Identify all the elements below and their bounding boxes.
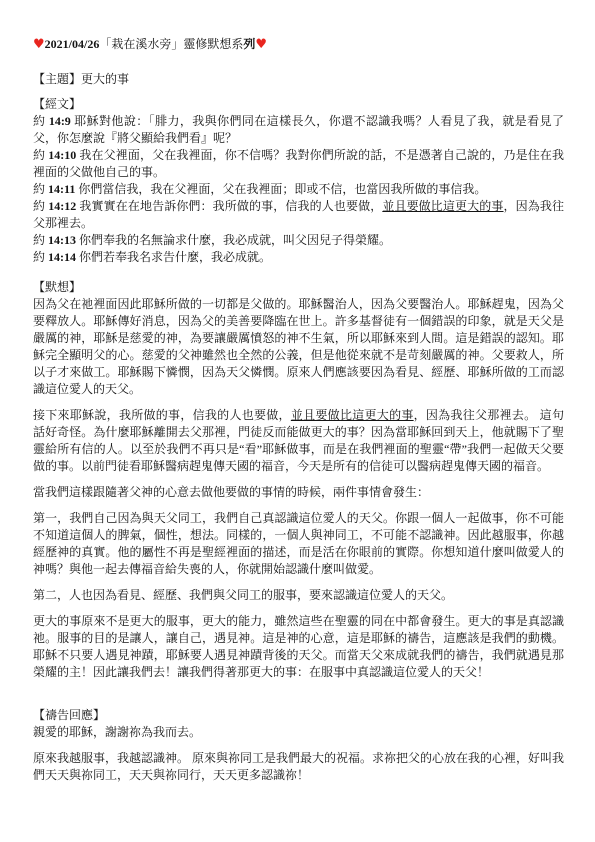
text-run: 當我們這樣跟隨著父神的心意去做他要做的事情的時候，兩件事情會發生： — [33, 485, 429, 499]
meditation-paragraph: 第一，我們自己因為與天父同工，我們自己真認識這位愛人的天父。你跟一個人一起做事，… — [33, 510, 564, 578]
scripture-verse: 約 14:11 你們當信我，我在父裡面，父在我裡面；即或不信，也當因我所做的事信… — [33, 181, 564, 198]
scripture-label: 【經文】 — [33, 96, 564, 113]
scripture-verses: 約 14:9 耶穌對他說：「腓力，我與你們同在這樣長久，你還不認識我嗎？人看見了… — [33, 113, 564, 266]
verse-ref: 14:12 — [48, 199, 76, 213]
meditation-paragraph: 更大的事原來不是更大的服事，更大的能力，雖然這些在聖靈的同在中都會發生。更大的事… — [33, 613, 564, 681]
verse-book: 約 — [33, 182, 48, 196]
topic-label: 【主題】 — [33, 72, 81, 86]
document-page: ♥2021/04/26「栽在溪水旁」靈修默想系列♥ 【主題】更大的事 【經文】 … — [0, 0, 595, 842]
meditation-paragraphs: 因為父在祂裡面因此耶穌所做的一切都是父做的。耶穌醫治人，因為父要醫治人。耶穌趕鬼… — [33, 296, 564, 681]
title-date: 2021/04/26 — [45, 37, 100, 51]
verse-book: 約 — [33, 233, 48, 247]
text-run: 更大的事原來不是更大的服事，更大的能力，雖然這些在聖靈的同在中都會發生。更大的事… — [33, 614, 564, 679]
verse-book: 約 — [33, 199, 48, 213]
prayer-section: 【禱告回應】 親愛的耶穌，謝謝祢為我而去。 原來我越服事，我越認識神。 原來與祢… — [33, 707, 564, 784]
prayer-paragraph: 原來我越服事，我越認識神。 原來與祢同工是我們最大的祝福。求祢把父的心放在我的心… — [33, 750, 564, 784]
meditation-paragraph: 當我們這樣跟隨著父神的心意去做他要做的事情的時候，兩件事情會發生： — [33, 484, 564, 501]
meditation-section: 【默想】 因為父在祂裡面因此耶穌所做的一切都是父做的。耶穌醫治人，因為父要醫治人… — [33, 279, 564, 681]
verse-ref: 14:9 — [49, 114, 71, 128]
topic-heading: 【主題】更大的事 — [33, 71, 564, 88]
document-title: ♥2021/04/26「栽在溪水旁」靈修默想系列♥ — [33, 36, 564, 53]
text-run: 第一，我們自己因為與天父同工，我們自己真認識這位愛人的天父。你跟一個人一起做事，… — [33, 511, 564, 576]
meditation-label: 【默想】 — [33, 279, 564, 296]
verse-book: 約 — [33, 148, 48, 162]
verse-book: 約 — [33, 250, 48, 264]
text-run: 耶穌對他說：「腓力，我與你們同在這樣長久，你還不認識我嗎？人看見了我，就是看見了… — [33, 114, 564, 145]
text-run: 你們奉我的名無論求什麼，我必成就，叫父因兒子得榮耀。 — [79, 233, 391, 247]
text-run: 接下來耶穌說，我所做的事，信我的人也要做， — [33, 408, 291, 422]
title-series-suffix: 列 — [243, 37, 255, 51]
verse-ref: 14:14 — [48, 250, 76, 264]
text-run: 你們當信我，我在父裡面，父在我裡面；即或不信，也當因我所做的事信我。 — [78, 182, 486, 196]
scripture-verse: 約 14:13 你們奉我的名無論求什麼，我必成就，叫父因兒子得榮耀。 — [33, 232, 564, 249]
verse-ref: 14:13 — [48, 233, 76, 247]
heart-icon: ♥ — [255, 37, 267, 52]
scripture-verse: 約 14:9 耶穌對他說：「腓力，我與你們同在這樣長久，你還不認識我嗎？人看見了… — [33, 113, 564, 147]
scripture-section: 【經文】 約 14:9 耶穌對他說：「腓力，我與你們同在這樣長久，你還不認識我嗎… — [33, 96, 564, 266]
heart-icon: ♥ — [33, 37, 45, 52]
meditation-paragraph: 因為父在祂裡面因此耶穌所做的一切都是父做的。耶穌醫治人，因為父要醫治人。耶穌趕鬼… — [33, 296, 564, 398]
meditation-paragraph: 第二，人也因為看見、經歷、我們與父同工的服事，要來認識這位愛人的天父。 — [33, 587, 564, 604]
underlined-text: 並且要做比這更大的事 — [382, 199, 503, 213]
text-run: 因為父在祂裡面因此耶穌所做的一切都是父做的。耶穌醫治人，因為父要醫治人。耶穌趕鬼… — [33, 297, 564, 396]
scripture-verse: 約 14:12 我實實在在地告訴你們：我所做的事，信我的人也要做，並且要做比這更… — [33, 198, 564, 232]
meditation-paragraph: 接下來耶穌說，我所做的事，信我的人也要做，並且要做比這更大的事，因為我往父那裡去… — [33, 407, 564, 475]
scripture-verse: 約 14:10 我在父裡面，父在我裡面，你不信嗎？我對你們所說的話，不是憑著自己… — [33, 147, 564, 181]
topic-text: 更大的事 — [81, 72, 129, 86]
verse-ref: 14:11 — [48, 182, 75, 196]
text-run: 我在父裡面，父在我裡面，你不信嗎？我對你們所說的話，不是憑著自己說的，乃是住在我… — [33, 148, 564, 179]
underlined-text: 並且要做比這更大的事 — [291, 408, 414, 422]
text-run: 第二，人也因為看見、經歷、我們與父同工的服事，要來認識這位愛人的天父。 — [33, 588, 453, 602]
verse-ref: 14:10 — [48, 148, 76, 162]
text-run: 我實實在在地告訴你們：我所做的事，信我的人也要做， — [79, 199, 382, 213]
prayer-label: 【禱告回應】 — [33, 707, 564, 724]
text-run: 你們若奉我名求告什麼，我必成就。 — [79, 250, 271, 264]
scripture-verse: 約 14:14 你們若奉我名求告什麼，我必成就。 — [33, 249, 564, 266]
verse-book: 約 — [33, 114, 49, 128]
prayer-opening: 親愛的耶穌，謝謝祢為我而去。 — [33, 724, 564, 741]
title-series-text: 「栽在溪水旁」靈修默想系 — [99, 37, 243, 51]
